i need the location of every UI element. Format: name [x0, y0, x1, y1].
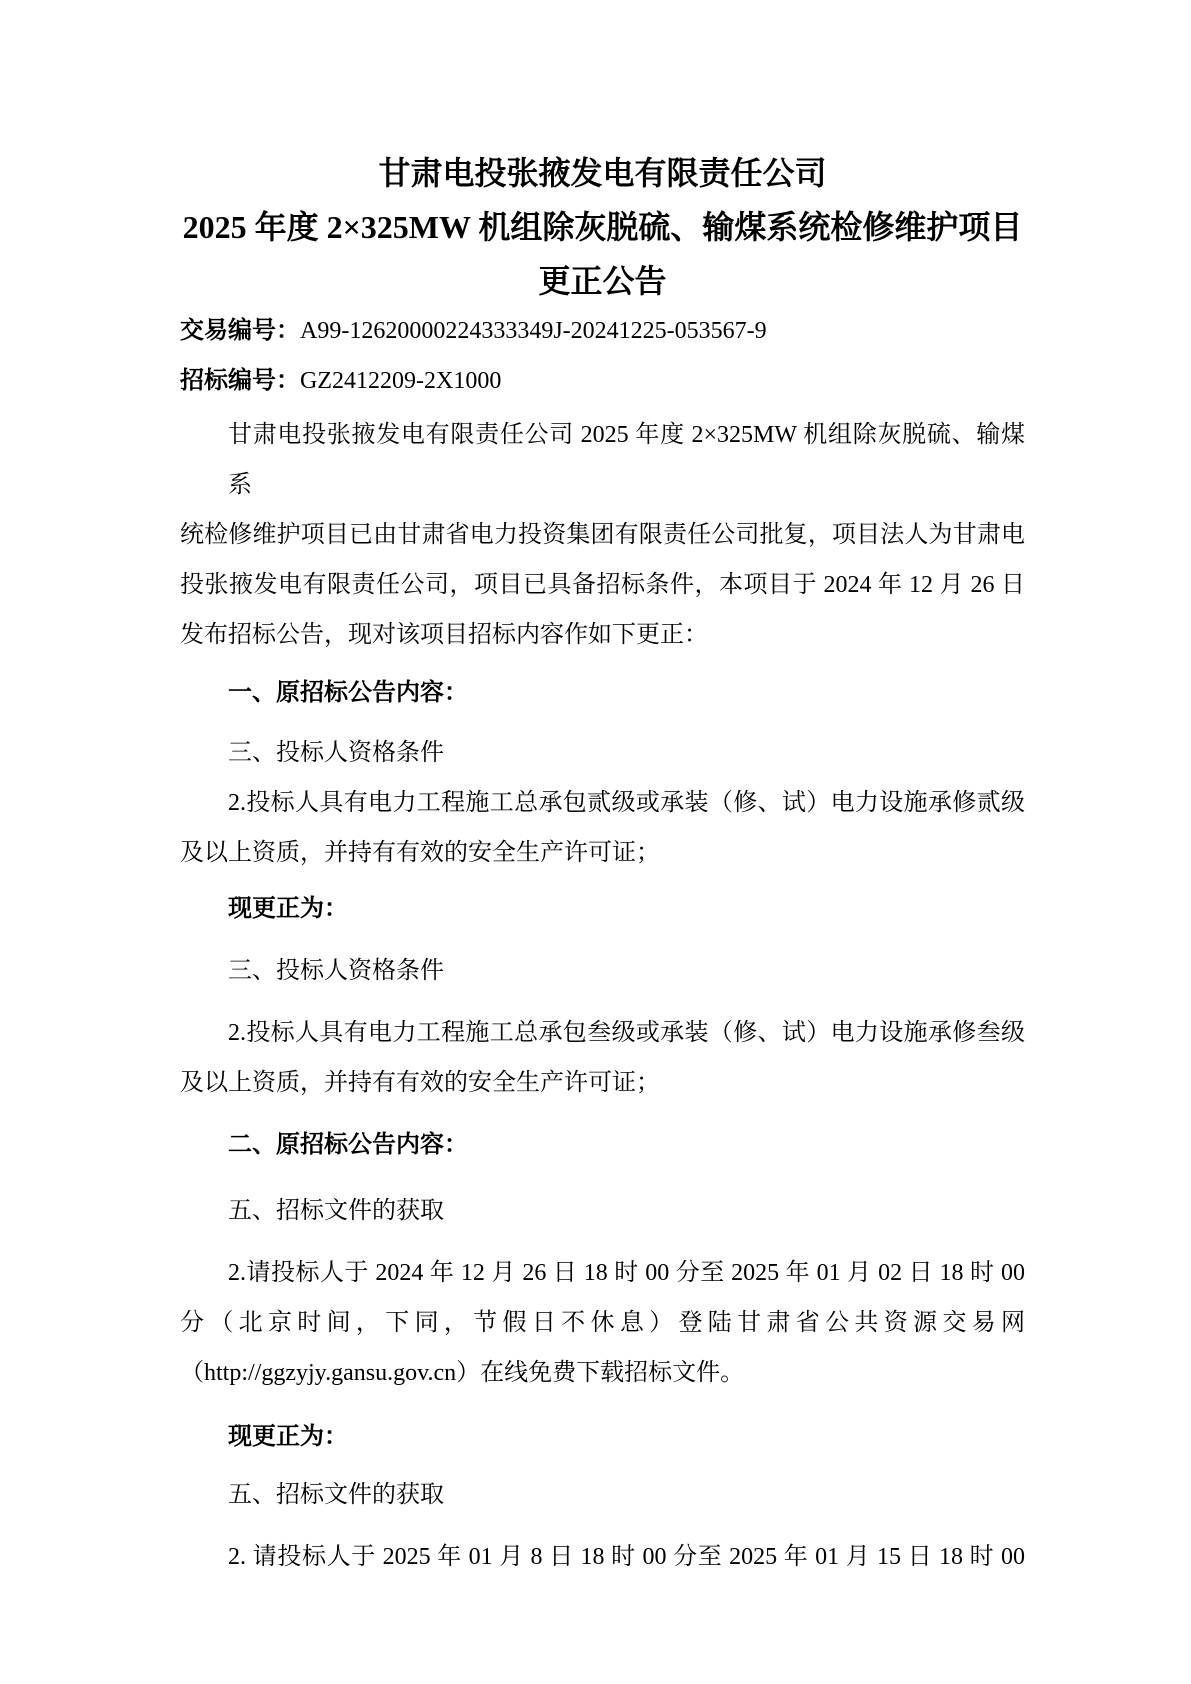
correction-label-2: 现更正为： — [180, 1412, 1025, 1462]
transaction-number-row: 交易编号：A99-12620000224333349J-20241225-053… — [180, 306, 1025, 356]
acquisition-subheading-original: 五、招标文件的获取 — [180, 1186, 1025, 1236]
correction-label-1: 现更正为： — [180, 884, 1025, 934]
document-page: 甘肃电投张掖发电有限责任公司 2025 年度 2×325MW 机组除灰脱硫、输煤… — [0, 0, 1191, 1684]
acquisition-corrected-line-1: 2. 请投标人于 2025 年 01 月 8 日 18 时 00 分至 2025… — [180, 1532, 1025, 1582]
intro-paragraph-line-2: 统检修维护项目已由甘肃省电力投资集团有限责任公司批复，项目法人为甘肃电 — [180, 510, 1025, 560]
qualification-subheading-corrected: 三、投标人资格条件 — [180, 946, 1025, 996]
announcement-type-title: 更正公告 — [180, 256, 1025, 306]
qualification-original-line-1: 2.投标人具有电力工程施工总承包贰级或承装（修、试）电力设施承修贰级 — [180, 778, 1025, 828]
section-2-heading: 二、原招标公告内容： — [180, 1120, 1025, 1170]
qualification-original-line-2: 及以上资质，并持有有效的安全生产许可证； — [180, 828, 1025, 878]
company-title: 甘肃电投张掖发电有限责任公司 — [180, 148, 1025, 198]
transaction-number-label: 交易编号： — [180, 317, 300, 344]
qualification-subheading-original: 三、投标人资格条件 — [180, 728, 1025, 778]
acquisition-original-line-1: 2.请投标人于 2024 年 12 月 26 日 18 时 00 分至 2025… — [180, 1248, 1025, 1298]
intro-paragraph-line-1: 甘肃电投张掖发电有限责任公司 2025 年度 2×325MW 机组除灰脱硫、输煤… — [180, 410, 1025, 510]
project-title: 2025 年度 2×325MW 机组除灰脱硫、输煤系统检修维护项目 — [180, 202, 1025, 252]
section-1-heading: 一、原招标公告内容： — [180, 668, 1025, 718]
acquisition-original-line-2: 分（北京时间，下同，节假日不休息）登陆甘肃省公共资源交易网 — [180, 1298, 1025, 1348]
qualification-corrected-line-2: 及以上资质，并持有有效的安全生产许可证； — [180, 1058, 1025, 1108]
qualification-corrected-line-1: 2.投标人具有电力工程施工总承包叁级或承装（修、试）电力设施承修叁级 — [180, 1008, 1025, 1058]
acquisition-original-line-3: （http://ggzyjy.gansu.gov.cn）在线免费下载招标文件。 — [180, 1348, 1025, 1398]
intro-paragraph-line-3: 投张掖发电有限责任公司，项目已具备招标条件，本项目于 2024 年 12 月 2… — [180, 560, 1025, 610]
transaction-number-value: A99-12620000224333349J-20241225-053567-9 — [300, 318, 767, 344]
tender-number-label: 招标编号： — [180, 367, 300, 394]
intro-paragraph-line-4: 发布招标公告，现对该项目招标内容作如下更正： — [180, 610, 1025, 660]
tender-number-row: 招标编号：GZ2412209-2X1000 — [180, 356, 1025, 406]
acquisition-subheading-corrected: 五、招标文件的获取 — [180, 1470, 1025, 1520]
tender-number-value: GZ2412209-2X1000 — [300, 368, 501, 394]
